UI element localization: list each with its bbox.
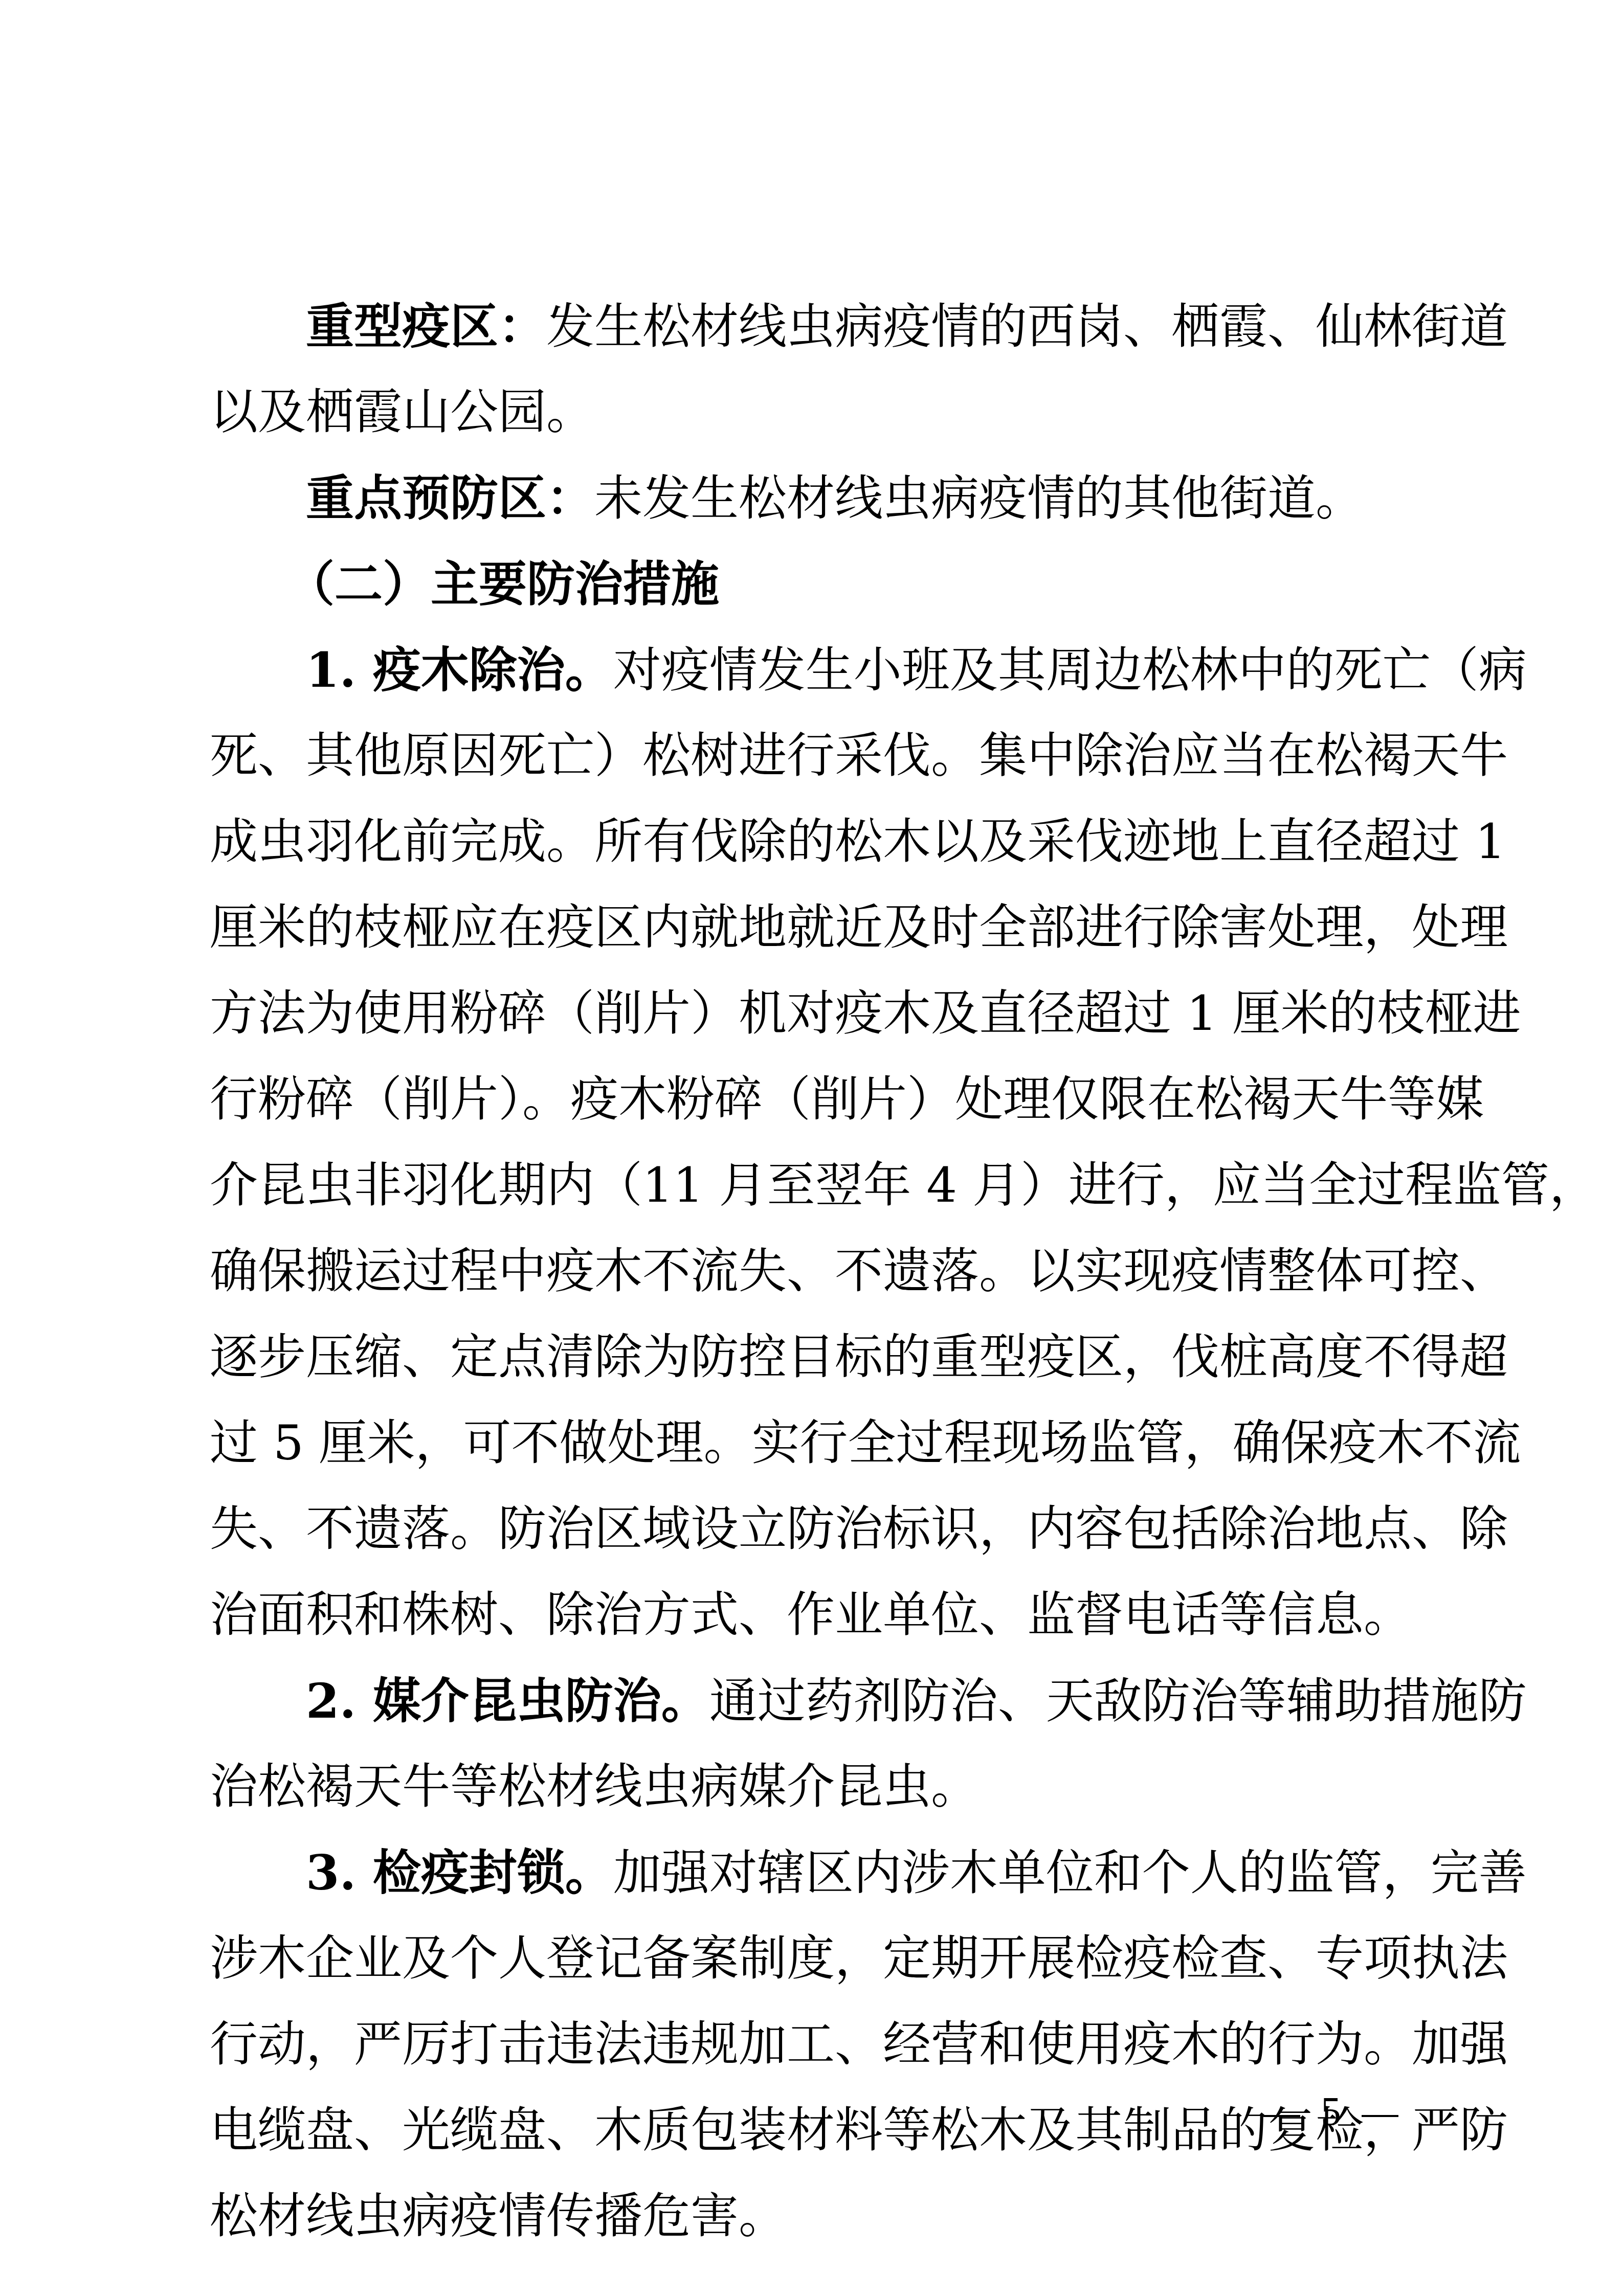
measure-1-line-2: 死、其他原因死亡）松树进行采伐。集中除治应当在松褐天牛 (210, 713, 1425, 799)
prevention-zone-label: 重点预防区： (306, 470, 594, 527)
measure-1-line-10: 过 5 厘米，可不做处理。实行全过程现场监管，确保疫木不流 (210, 1401, 1425, 1487)
measure-3-line-1: 3. 检疫封锁。加强对辖区内涉木单位和个人的监管，完善 (210, 1830, 1425, 1916)
prevention-zone-text: 未发生松材线虫病疫情的其他街道。 (594, 471, 1364, 527)
measure-2-title: 2. 媒介昆虫防治。 (306, 1673, 709, 1729)
measure-1-line-8: 确保搬运过程中疫木不流失、不遗落。以实现疫情整体可控、 (210, 1229, 1425, 1315)
document-body: 重型疫区：发生松材线虫病疫情的西岗、栖霞、仙林街道 以及栖霞山公园。 重点预防区… (210, 284, 1425, 2260)
page-number-dash-right (1362, 2115, 1398, 2117)
measure-1-line-5: 方法为使用粉碎（削片）机对疫木及直径超过 1 厘米的枝桠进 (210, 971, 1425, 1057)
page-number: 5 (1243, 2086, 1419, 2137)
section-heading: （二）主要防治措施 (210, 542, 1425, 627)
measure-1-line-11: 失、不遗落。防治区域设立防治标识，内容包括除治地点、除 (210, 1487, 1425, 1572)
measure-1-line-4: 厘米的枝桠应在疫区内就地就近及时全部进行除害处理，处理 (210, 885, 1425, 971)
paragraph-heavy-zone-line-2: 以及栖霞山公园。 (210, 370, 1425, 456)
heavy-zone-label: 重型疫区： (306, 299, 546, 355)
measure-1-title: 1. 疫木除治。 (306, 642, 613, 699)
measure-3-line-2: 涉木企业及个人登记备案制度，定期开展检疫检查、专项执法 (210, 1916, 1425, 2002)
measure-2-line-1: 2. 媒介昆虫防治。通过药剂防治、天敌防治等辅助措施防 (210, 1658, 1425, 1744)
measure-3-title: 3. 检疫封锁。 (306, 1845, 613, 1901)
heavy-zone-text: 发生松材线虫病疫情的西岗、栖霞、仙林街道 (546, 299, 1508, 355)
page-number-dash-left (1263, 2115, 1300, 2117)
page-number-value: 5 (1321, 2089, 1341, 2134)
paragraph-heavy-zone-line-1: 重型疫区：发生松材线虫病疫情的西岗、栖霞、仙林街道 (210, 284, 1425, 370)
measure-3-line-3: 行动，严厉打击违法违规加工、经营和使用疫木的行为。加强 (210, 2002, 1425, 2088)
measure-3-line-5: 松材线虫病疫情传播危害。 (210, 2174, 1425, 2260)
paragraph-prevention-zone: 重点预防区：未发生松材线虫病疫情的其他街道。 (210, 456, 1425, 542)
measure-2-line-2: 治松褐天牛等松材线虫病媒介昆虫。 (210, 1744, 1425, 1830)
measure-1-line-3: 成虫羽化前完成。所有伐除的松木以及采伐迹地上直径超过 1 (210, 799, 1425, 885)
measure-1-line-9: 逐步压缩、定点清除为防控目标的重型疫区，伐桩高度不得超 (210, 1315, 1425, 1401)
measure-1-line-6: 行粉碎（削片）。疫木粉碎（削片）处理仅限在松褐天牛等媒 (210, 1057, 1425, 1143)
measure-1-line-1: 1. 疫木除治。对疫情发生小班及其周边松林中的死亡（病 (210, 627, 1425, 713)
measure-1-line-12: 治面积和株树、除治方式、作业单位、监督电话等信息。 (210, 1572, 1425, 1658)
measure-1-line-7: 介昆虫非羽化期内（11 月至翌年 4 月）进行，应当全过程监管， (210, 1143, 1425, 1229)
